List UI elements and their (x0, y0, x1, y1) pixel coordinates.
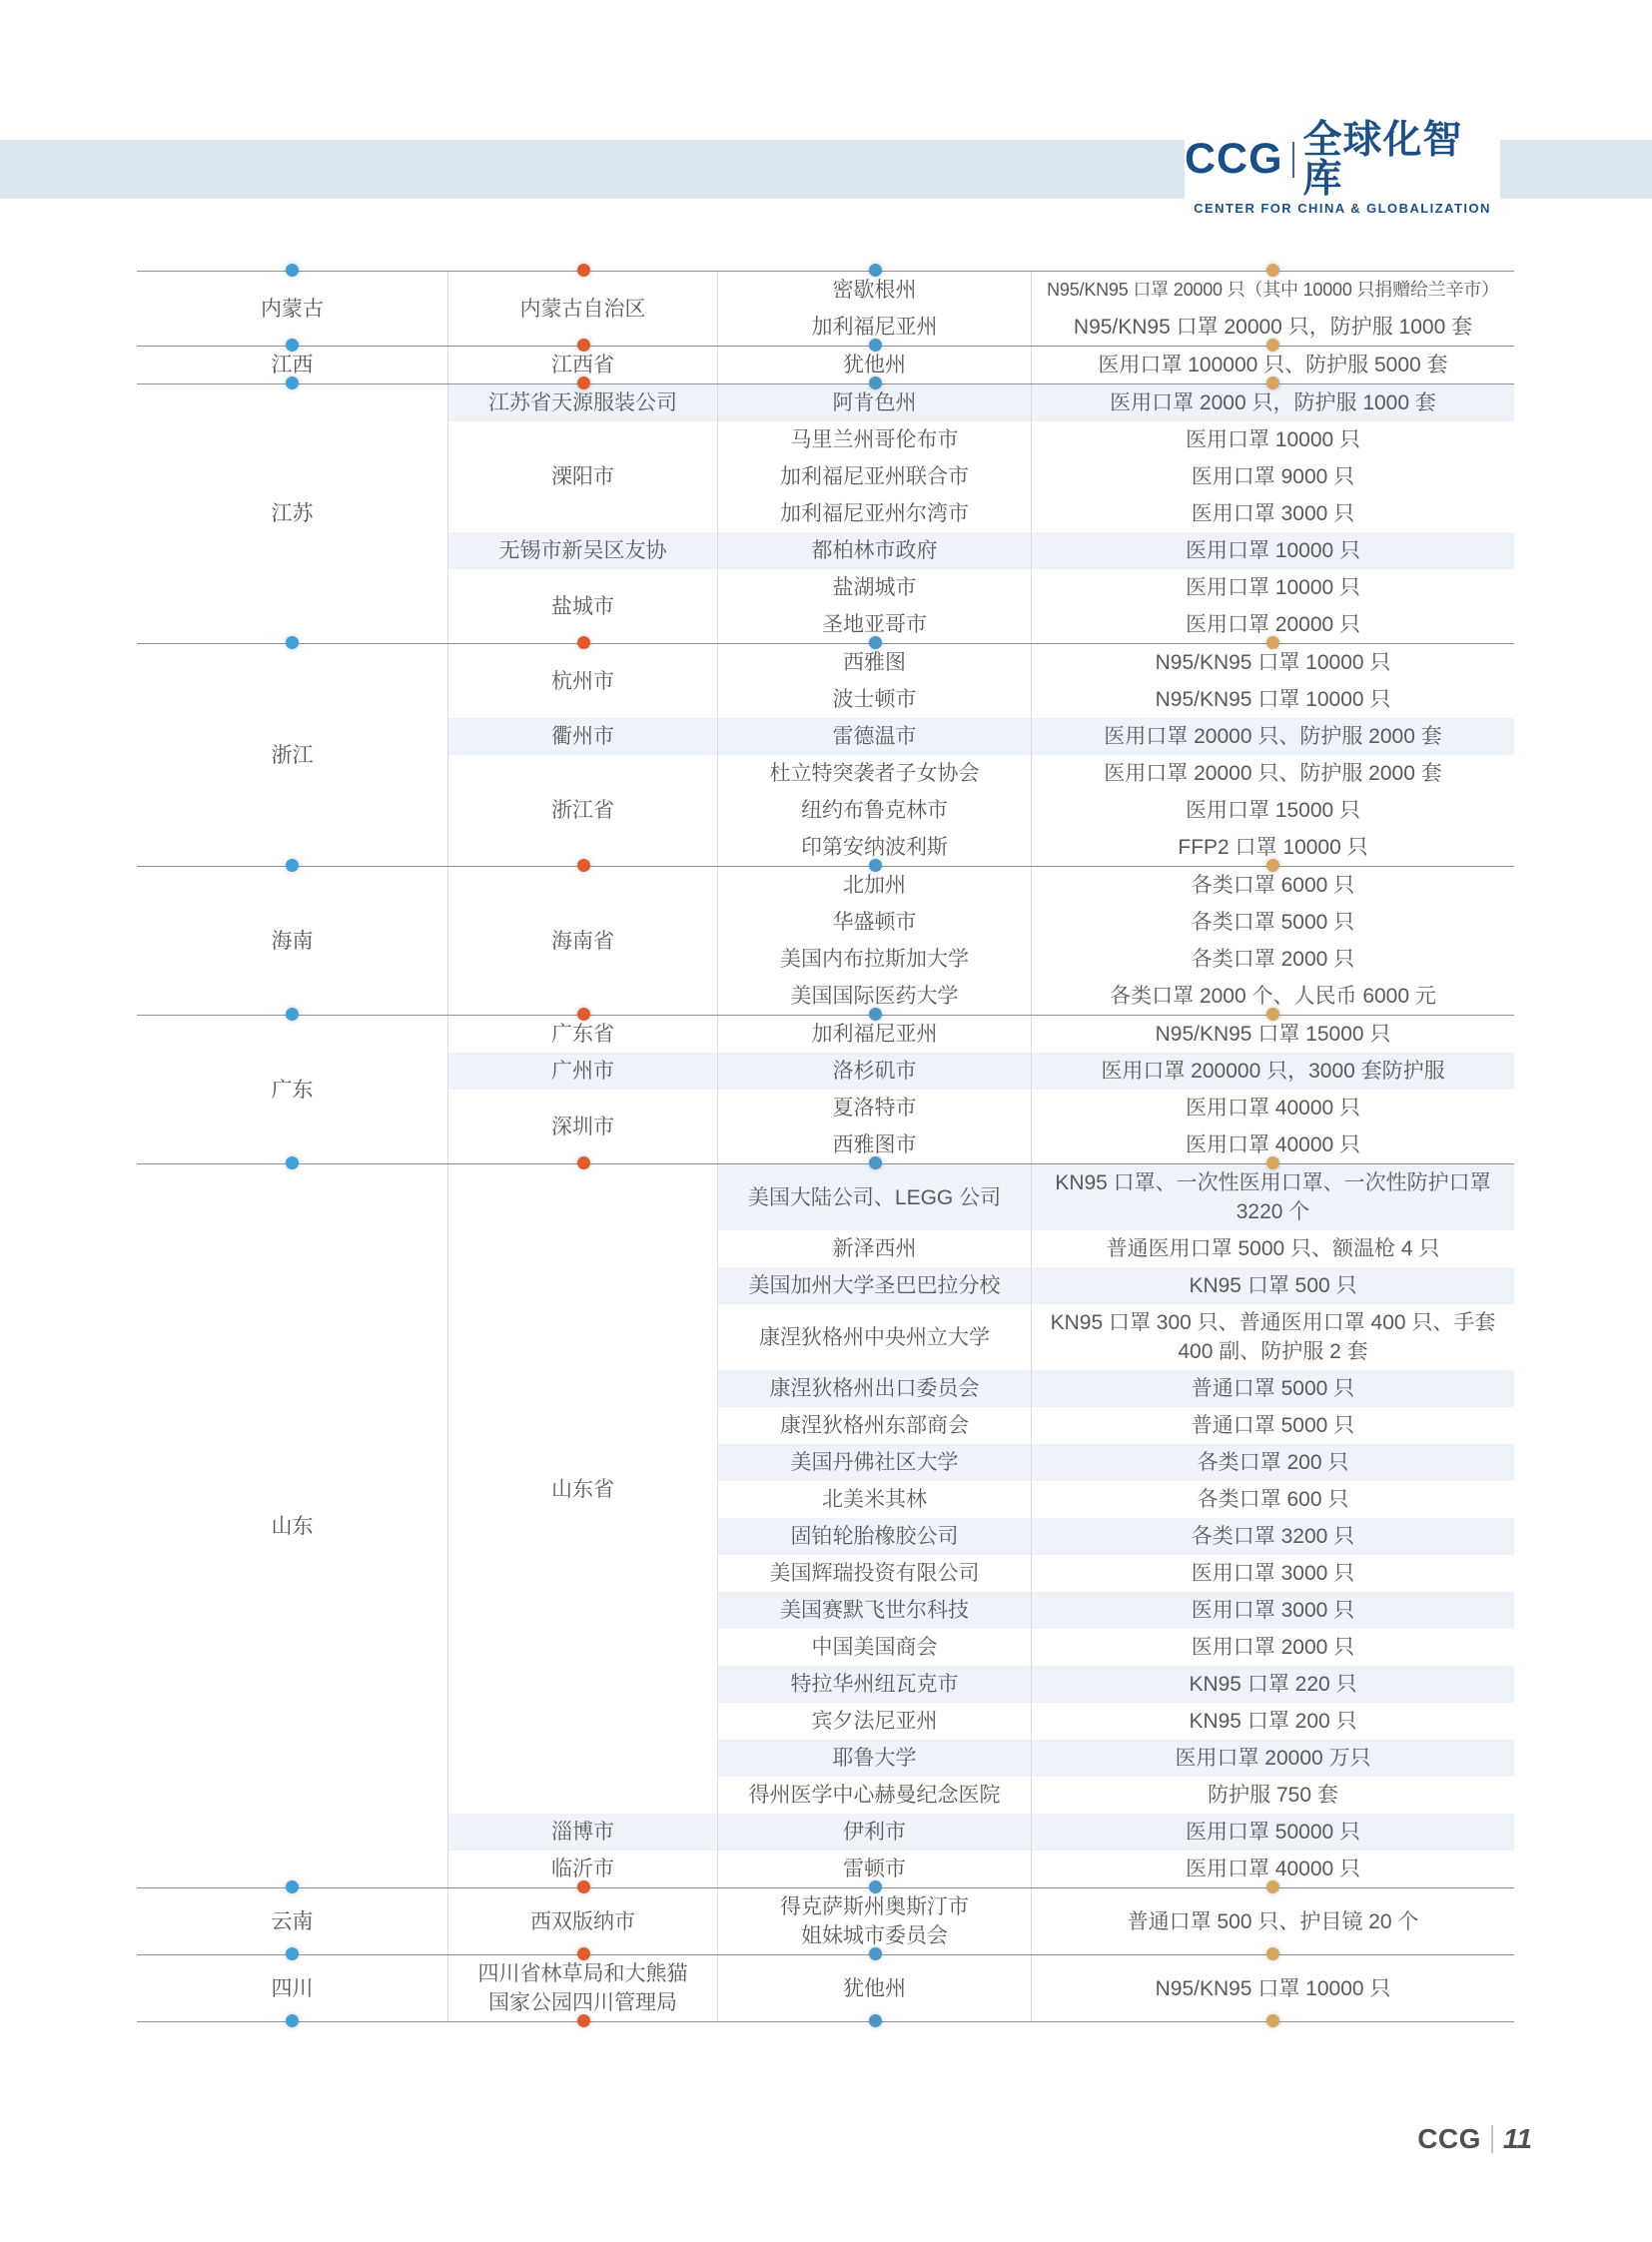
recipient-rows-container: 马里兰州哥伦布市 医用口罩 10000 只 加利福尼亚州联合市 医用口罩 900… (718, 421, 1514, 532)
donation-row: 纽约布鲁克林市 医用口罩 15000 只 (718, 792, 1514, 829)
donation-row: 美国国际医药大学 各类口罩 2000 个、人民币 6000 元 (718, 978, 1514, 1015)
recipient-rows-container: 美国大陆公司、LEGG 公司 KN95 口罩、一次性医用口罩、一次性防护口罩 3… (718, 1164, 1514, 1814)
recipient-cell: 得州医学中心赫曼纪念医院 (718, 1777, 1032, 1814)
recipient-rows-container: 雷德温市 医用口罩 20000 只、防护服 2000 套 (718, 718, 1514, 755)
recipient-cell: 加利福尼亚州联合市 (718, 458, 1032, 495)
donation-row: 得州医学中心赫曼纪念医院 防护服 750 套 (718, 1777, 1514, 1814)
province-group: 内蒙古 内蒙古自治区 密歇根州 N95/KN95 口罩 20000 只（其中 1… (137, 271, 1514, 346)
recipient-cell: 宾夕法尼亚州 (718, 1703, 1032, 1740)
separator-dot-orange-icon (577, 636, 590, 649)
items-cell: KN95 口罩 300 只、普通医用口罩 400 只、手套 400 副、防护服 … (1032, 1304, 1514, 1370)
recipient-rows-container: 洛杉矶市 医用口罩 200000 只，3000 套防护服 (718, 1053, 1514, 1090)
recipient-cell: 康涅狄格州东部商会 (718, 1407, 1032, 1444)
donor-cell: 广州市 (448, 1053, 718, 1090)
province-cell: 广东 (137, 1016, 448, 1163)
donation-row: 新泽西州 普通医用口罩 5000 只、额温枪 4 只 (718, 1230, 1514, 1267)
donor-rows-container: 杭州市 西雅图 N95/KN95 口罩 10000 只 波士顿市 N95/KN9… (448, 644, 1514, 866)
donation-row: 加利福尼亚州联合市 医用口罩 9000 只 (718, 458, 1514, 495)
donor-rows-container: 海南省 北加州 各类口罩 6000 只 华盛顿市 各类口罩 5000 只 美国内… (448, 867, 1514, 1015)
donation-row: 犹他州 N95/KN95 口罩 10000 只 (718, 1955, 1514, 2021)
donor-cell: 广东省 (448, 1016, 718, 1053)
donation-row: 北加州 各类口罩 6000 只 (718, 867, 1514, 904)
separator-dot-amber-icon (1266, 264, 1279, 277)
donor-row: 内蒙古自治区 密歇根州 N95/KN95 口罩 20000 只（其中 10000… (448, 272, 1514, 346)
donation-row: 密歇根州 N95/KN95 口罩 20000 只（其中 10000 只捐赠给兰辛… (718, 272, 1514, 309)
province-group: 广东 广东省 加利福尼亚州 N95/KN95 口罩 15000 只 广州市 洛杉… (137, 1015, 1514, 1163)
items-cell: 医用口罩 10000 只 (1032, 532, 1514, 569)
donor-row: 海南省 北加州 各类口罩 6000 只 华盛顿市 各类口罩 5000 只 美国内… (448, 867, 1514, 1015)
donor-rows-container: 广东省 加利福尼亚州 N95/KN95 口罩 15000 只 广州市 洛杉矶市 … (448, 1016, 1514, 1163)
donor-row: 无锡市新吴区友协 都柏林市政府 医用口罩 10000 只 (448, 532, 1514, 569)
recipient-rows-container: 犹他州 N95/KN95 口罩 10000 只 (718, 1955, 1514, 2021)
items-cell: KN95 口罩、一次性医用口罩、一次性防护口罩 3220 个 (1032, 1164, 1514, 1230)
donor-row: 江西省 犹他州 医用口罩 100000 只、防护服 5000 套 (448, 347, 1514, 383)
province-cell: 内蒙古 (137, 272, 448, 346)
items-cell: 医用口罩 20000 万只 (1032, 1740, 1514, 1777)
donor-row: 西双版纳市 得克萨斯州奥斯汀市 姐妹城市委员会 普通口罩 500 只、护目镜 2… (448, 1888, 1514, 1954)
logo-subtitle: CENTER FOR CHINA & GLOBALIZATION (1194, 201, 1491, 216)
ccg-logo: CCG 全球化智库 CENTER FOR CHINA & GLOBALIZATI… (1185, 131, 1500, 205)
donation-row: 美国内布拉斯加大学 各类口罩 2000 只 (718, 941, 1514, 978)
separator-dot-blue-icon (286, 264, 299, 277)
separator-dot-blue-icon (286, 636, 299, 649)
province-cell: 海南 (137, 867, 448, 1015)
donation-row: 美国大陆公司、LEGG 公司 KN95 口罩、一次性医用口罩、一次性防护口罩 3… (718, 1164, 1514, 1230)
separator-dot-blue-icon (869, 2014, 882, 2027)
recipient-rows-container: 加利福尼亚州 N95/KN95 口罩 15000 只 (718, 1016, 1514, 1053)
recipient-cell: 新泽西州 (718, 1230, 1032, 1267)
separator-dot-orange-icon (577, 376, 590, 389)
donor-row: 山东省 美国大陆公司、LEGG 公司 KN95 口罩、一次性医用口罩、一次性防护… (448, 1164, 1514, 1814)
recipient-cell: 美国辉瑞投资有限公司 (718, 1555, 1032, 1592)
separator-dot-amber-icon (1266, 636, 1279, 649)
items-cell: 医用口罩 3000 只 (1032, 495, 1514, 532)
donation-row: 耶鲁大学 医用口罩 20000 万只 (718, 1740, 1514, 1777)
items-cell: 各类口罩 6000 只 (1032, 867, 1514, 904)
items-cell: N95/KN95 口罩 10000 只 (1032, 681, 1514, 718)
items-cell: 医用口罩 2000 只，防护服 1000 套 (1032, 384, 1514, 421)
province-cell: 浙江 (137, 644, 448, 866)
recipient-rows-container: 密歇根州 N95/KN95 口罩 20000 只（其中 10000 只捐赠给兰辛… (718, 272, 1514, 346)
donor-cell: 深圳市 (448, 1090, 718, 1163)
separator-dot-orange-icon (577, 1008, 590, 1021)
items-cell: 医用口罩 15000 只 (1032, 792, 1514, 829)
recipient-rows-container: 雷顿市 医用口罩 40000 只 (718, 1851, 1514, 1887)
recipient-cell: 美国赛默飞世尔科技 (718, 1592, 1032, 1629)
items-cell: 普通口罩 5000 只 (1032, 1407, 1514, 1444)
items-cell: N95/KN95 口罩 10000 只 (1032, 644, 1514, 681)
donor-cell: 盐城市 (448, 569, 718, 643)
recipient-cell: 盐湖城市 (718, 569, 1032, 606)
separator-dot-orange-icon (577, 1880, 590, 1893)
separator-dot-amber-icon (1266, 859, 1279, 872)
donation-row: 都柏林市政府 医用口罩 10000 只 (718, 532, 1514, 569)
items-cell: 各类口罩 600 只 (1032, 1481, 1514, 1518)
items-cell: 医用口罩 50000 只 (1032, 1814, 1514, 1851)
recipient-cell: 都柏林市政府 (718, 532, 1032, 569)
recipient-cell: 雷德温市 (718, 718, 1032, 755)
donation-row: 北美米其林 各类口罩 600 只 (718, 1481, 1514, 1518)
separator-dot-blue-icon (869, 636, 882, 649)
donor-cell: 山东省 (448, 1164, 718, 1814)
recipient-cell: 波士顿市 (718, 681, 1032, 718)
recipient-cell: 康涅狄格州出口委员会 (718, 1370, 1032, 1407)
separator-dot-blue-icon (869, 339, 882, 352)
recipient-cell: 马里兰州哥伦布市 (718, 421, 1032, 458)
donor-cell: 淄博市 (448, 1814, 718, 1851)
donor-row: 四川省林草局和大熊猫 国家公园四川管理局 犹他州 N95/KN95 口罩 100… (448, 1955, 1514, 2021)
items-cell: KN95 口罩 500 只 (1032, 1267, 1514, 1304)
donation-row: 加利福尼亚州 N95/KN95 口罩 15000 只 (718, 1016, 1514, 1053)
province-group: 山东 山东省 美国大陆公司、LEGG 公司 KN95 口罩、一次性医用口罩、一次… (137, 1163, 1514, 1887)
donor-row: 淄博市 伊利市 医用口罩 50000 只 (448, 1814, 1514, 1851)
separator-dot-amber-icon (1266, 1008, 1279, 1021)
province-group: 四川 四川省林草局和大熊猫 国家公园四川管理局 犹他州 N95/KN95 口罩 … (137, 1954, 1514, 2021)
donation-row: 犹他州 医用口罩 100000 只、防护服 5000 套 (718, 347, 1514, 383)
items-cell: N95/KN95 口罩 10000 只 (1032, 1955, 1514, 2021)
donation-row: 盐湖城市 医用口罩 10000 只 (718, 569, 1514, 606)
donation-row: 美国辉瑞投资有限公司 医用口罩 3000 只 (718, 1555, 1514, 1592)
items-cell: 医用口罩 200000 只，3000 套防护服 (1032, 1053, 1514, 1090)
recipient-rows-container: 杜立特突袭者子女协会 医用口罩 20000 只、防护服 2000 套 纽约布鲁克… (718, 755, 1514, 866)
separator-dot-orange-icon (577, 1947, 590, 1960)
separator-dot-orange-icon (577, 2014, 590, 2027)
donor-row: 衢州市 雷德温市 医用口罩 20000 只、防护服 2000 套 (448, 718, 1514, 755)
donor-row: 广州市 洛杉矶市 医用口罩 200000 只，3000 套防护服 (448, 1053, 1514, 1090)
recipient-rows-container: 西雅图 N95/KN95 口罩 10000 只 波士顿市 N95/KN95 口罩… (718, 644, 1514, 718)
recipient-cell: 北加州 (718, 867, 1032, 904)
items-cell: N95/KN95 口罩 20000 只（其中 10000 只捐赠给兰辛市） (1032, 272, 1514, 309)
donation-row: 波士顿市 N95/KN95 口罩 10000 只 (718, 681, 1514, 718)
separator-dot-blue-icon (286, 1008, 299, 1021)
logo-divider (1292, 142, 1294, 178)
separator-dot-blue-icon (869, 376, 882, 389)
donation-row: 康涅狄格州出口委员会 普通口罩 5000 只 (718, 1370, 1514, 1407)
donation-row: 加利福尼亚州 N95/KN95 口罩 20000 只，防护服 1000 套 (718, 309, 1514, 346)
province-group: 海南 海南省 北加州 各类口罩 6000 只 华盛顿市 各类口罩 5000 只 … (137, 866, 1514, 1015)
recipient-cell: 洛杉矶市 (718, 1053, 1032, 1090)
donation-row: 西雅图 N95/KN95 口罩 10000 只 (718, 644, 1514, 681)
recipient-cell: 杜立特突袭者子女协会 (718, 755, 1032, 792)
separator-dot-orange-icon (577, 1156, 590, 1169)
separator-dot-blue-icon (869, 1880, 882, 1893)
recipient-rows-container: 得克萨斯州奥斯汀市 姐妹城市委员会 普通口罩 500 只、护目镜 20 个 (718, 1888, 1514, 1954)
donation-row: 得克萨斯州奥斯汀市 姐妹城市委员会 普通口罩 500 只、护目镜 20 个 (718, 1888, 1514, 1954)
recipient-cell: 康涅狄格州中央州立大学 (718, 1304, 1032, 1370)
separator-dot-amber-icon (1266, 376, 1279, 389)
recipient-cell: 耶鲁大学 (718, 1740, 1032, 1777)
donation-row: 美国加州大学圣巴巴拉分校 KN95 口罩 500 只 (718, 1267, 1514, 1304)
recipient-rows-container: 犹他州 医用口罩 100000 只、防护服 5000 套 (718, 347, 1514, 383)
donor-row: 临沂市 雷顿市 医用口罩 40000 只 (448, 1851, 1514, 1887)
province-cell: 云南 (137, 1888, 448, 1954)
items-cell: N95/KN95 口罩 15000 只 (1032, 1016, 1514, 1053)
province-cell: 江苏 (137, 384, 448, 643)
separator-dot-blue-icon (869, 1156, 882, 1169)
donor-cell: 内蒙古自治区 (448, 272, 718, 346)
donation-row: 洛杉矶市 医用口罩 200000 只，3000 套防护服 (718, 1053, 1514, 1090)
recipient-cell: 伊利市 (718, 1814, 1032, 1851)
recipient-cell: 犹他州 (718, 1955, 1032, 2021)
logo-ccg-text: CCG (1185, 138, 1283, 181)
donor-rows-container: 四川省林草局和大熊猫 国家公园四川管理局 犹他州 N95/KN95 口罩 100… (448, 1955, 1514, 2021)
separator-dot-blue-icon (869, 859, 882, 872)
donation-row: 圣地亚哥市 医用口罩 20000 只 (718, 606, 1514, 643)
recipient-cell: 美国内布拉斯加大学 (718, 941, 1032, 978)
province-cell: 山东 (137, 1164, 448, 1887)
logo-chinese-text: 全球化智库 (1303, 121, 1500, 199)
report-page: CCG 全球化智库 CENTER FOR CHINA & GLOBALIZATI… (0, 0, 1652, 2242)
items-cell: 防护服 750 套 (1032, 1777, 1514, 1814)
items-cell: 普通口罩 5000 只 (1032, 1370, 1514, 1407)
separator-dot-amber-icon (1266, 1880, 1279, 1893)
logo-wordmark: CCG 全球化智库 (1185, 121, 1500, 199)
separator-dot-amber-icon (1266, 1947, 1279, 1960)
donation-row: 宾夕法尼亚州 KN95 口罩 200 只 (718, 1703, 1514, 1740)
donor-rows-container: 西双版纳市 得克萨斯州奥斯汀市 姐妹城市委员会 普通口罩 500 只、护目镜 2… (448, 1888, 1514, 1954)
donor-row: 广东省 加利福尼亚州 N95/KN95 口罩 15000 只 (448, 1016, 1514, 1053)
separator-dot-blue-icon (286, 1880, 299, 1893)
recipient-cell: 美国加州大学圣巴巴拉分校 (718, 1267, 1032, 1304)
donor-cell: 四川省林草局和大熊猫 国家公园四川管理局 (448, 1955, 718, 2021)
donation-row: 雷顿市 医用口罩 40000 只 (718, 1851, 1514, 1887)
separator-dot-blue-icon (869, 264, 882, 277)
donor-cell: 江苏省天源服装公司 (448, 384, 718, 421)
donor-row: 杭州市 西雅图 N95/KN95 口罩 10000 只 波士顿市 N95/KN9… (448, 644, 1514, 718)
donation-row: 康涅狄格州东部商会 普通口罩 5000 只 (718, 1407, 1514, 1444)
separator-dot-blue-icon (286, 1156, 299, 1169)
separator-dot-blue-icon (869, 1947, 882, 1960)
recipient-cell: 得克萨斯州奥斯汀市 姐妹城市委员会 (718, 1888, 1032, 1954)
donation-row: 马里兰州哥伦布市 医用口罩 10000 只 (718, 421, 1514, 458)
recipient-cell: 夏洛特市 (718, 1090, 1032, 1126)
province-group: 江苏 江苏省天源服装公司 阿肯色州 医用口罩 2000 只，防护服 1000 套… (137, 383, 1514, 643)
province-group: 江西 江西省 犹他州 医用口罩 100000 只、防护服 5000 套 (137, 346, 1514, 383)
recipient-cell: 固铂轮胎橡胶公司 (718, 1518, 1032, 1555)
separator-dot-blue-icon (286, 859, 299, 872)
province-cell: 四川 (137, 1955, 448, 2021)
items-cell: KN95 口罩 200 只 (1032, 1703, 1514, 1740)
donation-row: 固铂轮胎橡胶公司 各类口罩 3200 只 (718, 1518, 1514, 1555)
recipient-cell: 中国美国商会 (718, 1629, 1032, 1666)
donor-cell: 无锡市新吴区友协 (448, 532, 718, 569)
separator-dot-blue-icon (286, 2014, 299, 2027)
items-cell: 医用口罩 20000 只、防护服 2000 套 (1032, 718, 1514, 755)
items-cell: 医用口罩 9000 只 (1032, 458, 1514, 495)
items-cell: 医用口罩 3000 只 (1032, 1555, 1514, 1592)
recipient-cell: 美国大陆公司、LEGG 公司 (718, 1164, 1032, 1230)
donation-row: 杜立特突袭者子女协会 医用口罩 20000 只、防护服 2000 套 (718, 755, 1514, 792)
page-footer: CCG 11 (1417, 2123, 1532, 2155)
separator-dot-blue-icon (869, 1008, 882, 1021)
recipient-rows-container: 阿肯色州 医用口罩 2000 只，防护服 1000 套 (718, 384, 1514, 421)
separator-dot-amber-icon (1266, 2014, 1279, 2027)
recipient-rows-container: 都柏林市政府 医用口罩 10000 只 (718, 532, 1514, 569)
province-group: 浙江 杭州市 西雅图 N95/KN95 口罩 10000 只 波士顿市 N95/… (137, 643, 1514, 866)
separator-dot-blue-icon (286, 376, 299, 389)
donor-rows-container: 江西省 犹他州 医用口罩 100000 只、防护服 5000 套 (448, 347, 1514, 383)
recipient-cell: 纽约布鲁克林市 (718, 792, 1032, 829)
donor-cell: 浙江省 (448, 755, 718, 866)
donor-rows-container: 内蒙古自治区 密歇根州 N95/KN95 口罩 20000 只（其中 10000… (448, 272, 1514, 346)
donor-row: 盐城市 盐湖城市 医用口罩 10000 只 圣地亚哥市 医用口罩 20000 只 (448, 569, 1514, 643)
separator-dot-orange-icon (577, 339, 590, 352)
donor-cell: 溧阳市 (448, 421, 718, 532)
donation-row: 伊利市 医用口罩 50000 只 (718, 1814, 1514, 1851)
separator-dot-blue-icon (286, 339, 299, 352)
recipient-cell: 加利福尼亚州尔湾市 (718, 495, 1032, 532)
donor-cell: 西双版纳市 (448, 1888, 718, 1954)
donor-row: 浙江省 杜立特突袭者子女协会 医用口罩 20000 只、防护服 2000 套 纽… (448, 755, 1514, 866)
separator-dot-amber-icon (1266, 339, 1279, 352)
items-cell: 医用口罩 10000 只 (1032, 569, 1514, 606)
items-cell: 各类口罩 200 只 (1032, 1444, 1514, 1481)
recipient-rows-container: 伊利市 医用口罩 50000 只 (718, 1814, 1514, 1851)
recipient-rows-container: 夏洛特市 医用口罩 40000 只 西雅图市 医用口罩 40000 只 (718, 1090, 1514, 1163)
items-cell: KN95 口罩 220 只 (1032, 1666, 1514, 1703)
donor-cell: 衢州市 (448, 718, 718, 755)
recipient-cell: 阿肯色州 (718, 384, 1032, 421)
items-cell: 各类口罩 2000 只 (1032, 941, 1514, 978)
donor-row: 溧阳市 马里兰州哥伦布市 医用口罩 10000 只 加利福尼亚州联合市 医用口罩… (448, 421, 1514, 532)
donor-cell: 海南省 (448, 867, 718, 1015)
donation-row: 阿肯色州 医用口罩 2000 只，防护服 1000 套 (718, 384, 1514, 421)
donation-row: 美国赛默飞世尔科技 医用口罩 3000 只 (718, 1592, 1514, 1629)
recipient-cell: 美国丹佛社区大学 (718, 1444, 1032, 1481)
donation-table: 内蒙古 内蒙古自治区 密歇根州 N95/KN95 口罩 20000 只（其中 1… (137, 271, 1514, 2022)
donor-row: 江苏省天源服装公司 阿肯色州 医用口罩 2000 只，防护服 1000 套 (448, 384, 1514, 421)
donor-rows-container: 山东省 美国大陆公司、LEGG 公司 KN95 口罩、一次性医用口罩、一次性防护… (448, 1164, 1514, 1887)
province-group: 云南 西双版纳市 得克萨斯州奥斯汀市 姐妹城市委员会 普通口罩 500 只、护目… (137, 1887, 1514, 1954)
recipient-rows-container: 北加州 各类口罩 6000 只 华盛顿市 各类口罩 5000 只 美国内布拉斯加… (718, 867, 1514, 1015)
donor-rows-container: 江苏省天源服装公司 阿肯色州 医用口罩 2000 只，防护服 1000 套 溧阳… (448, 384, 1514, 643)
recipient-cell: 北美米其林 (718, 1481, 1032, 1518)
donation-row: 加利福尼亚州尔湾市 医用口罩 3000 只 (718, 495, 1514, 532)
donor-cell: 杭州市 (448, 644, 718, 718)
separator-dot-orange-icon (577, 859, 590, 872)
donation-row: 雷德温市 医用口罩 20000 只、防护服 2000 套 (718, 718, 1514, 755)
items-cell: 医用口罩 2000 只 (1032, 1629, 1514, 1666)
items-cell: 各类口罩 5000 只 (1032, 904, 1514, 941)
separator-dot-blue-icon (286, 1947, 299, 1960)
recipient-cell: 加利福尼亚州 (718, 1016, 1032, 1053)
items-cell: 医用口罩 20000 只、防护服 2000 套 (1032, 755, 1514, 792)
donation-row: 夏洛特市 医用口罩 40000 只 (718, 1090, 1514, 1126)
donation-row: 华盛顿市 各类口罩 5000 只 (718, 904, 1514, 941)
recipient-cell: 华盛顿市 (718, 904, 1032, 941)
donor-row: 深圳市 夏洛特市 医用口罩 40000 只 西雅图市 医用口罩 40000 只 (448, 1090, 1514, 1163)
footer-page-number: 11 (1503, 2123, 1532, 2155)
recipient-cell: 特拉华州纽瓦克市 (718, 1666, 1032, 1703)
items-cell: 医用口罩 10000 只 (1032, 421, 1514, 458)
items-cell: 医用口罩 3000 只 (1032, 1592, 1514, 1629)
donation-row: 西雅图市 医用口罩 40000 只 (718, 1126, 1514, 1163)
table-bottom-rule (137, 2021, 1514, 2022)
donation-row: 康涅狄格州中央州立大学 KN95 口罩 300 只、普通医用口罩 400 只、手… (718, 1304, 1514, 1370)
separator-dot-amber-icon (1266, 1156, 1279, 1169)
footer-brand: CCG (1417, 2123, 1481, 2155)
donation-row: 印第安纳波利斯 FFP2 口罩 10000 只 (718, 829, 1514, 866)
recipient-cell: 西雅图 (718, 644, 1032, 681)
donation-row: 中国美国商会 医用口罩 2000 只 (718, 1629, 1514, 1666)
recipient-rows-container: 盐湖城市 医用口罩 10000 只 圣地亚哥市 医用口罩 20000 只 (718, 569, 1514, 643)
footer-divider (1491, 2125, 1493, 2153)
items-cell: 普通口罩 500 只、护目镜 20 个 (1032, 1888, 1514, 1954)
items-cell: 各类口罩 3200 只 (1032, 1518, 1514, 1555)
donation-row: 美国丹佛社区大学 各类口罩 200 只 (718, 1444, 1514, 1481)
recipient-cell: 密歇根州 (718, 272, 1032, 309)
items-cell: 医用口罩 40000 只 (1032, 1090, 1514, 1126)
items-cell: 普通医用口罩 5000 只、额温枪 4 只 (1032, 1230, 1514, 1267)
donation-row: 特拉华州纽瓦克市 KN95 口罩 220 只 (718, 1666, 1514, 1703)
separator-dot-orange-icon (577, 264, 590, 277)
